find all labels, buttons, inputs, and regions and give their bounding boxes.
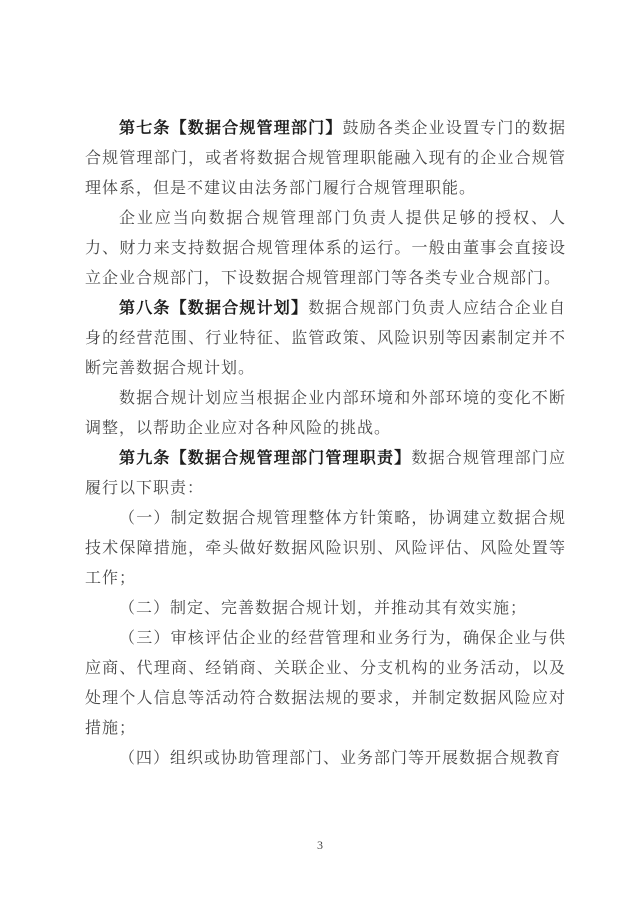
- paragraph-text: 数据合规计划应当根据企业内部环境和外部环境的变化不断调整，以帮助企业应对各种风险…: [85, 390, 566, 437]
- paragraph-article-9: 第九条【数据合规管理部门管理职责】数据合规管理部门应履行以下职责：: [85, 444, 566, 504]
- paragraph-article-8: 第八条【数据合规计划】数据合规部门负责人应结合企业自身的经营范围、行业特征、监管…: [85, 294, 566, 384]
- paragraph-item-1: （一）制定数据合规管理整体方针策略，协调建立数据合规技术保障措施，牵头做好数据风…: [85, 504, 566, 594]
- paragraph-item-2: （二）制定、完善数据合规计划，并推动其有效实施；: [85, 594, 566, 624]
- paragraph: 企业应当向数据合规管理部门负责人提供足够的授权、人力、财力来支持数据合规管理体系…: [85, 204, 566, 294]
- article-9-heading: 第九条【数据合规管理部门管理职责】: [119, 450, 411, 467]
- paragraph-article-7: 第七条【数据合规管理部门】鼓励各类企业设置专门的数据合规管理部门，或者将数据合规…: [85, 114, 566, 204]
- article-7-heading: 第七条【数据合规管理部门】: [119, 120, 343, 137]
- paragraph: 数据合规计划应当根据企业内部环境和外部环境的变化不断调整，以帮助企业应对各种风险…: [85, 384, 566, 444]
- paragraph-text: 企业应当向数据合规管理部门负责人提供足够的授权、人力、财力来支持数据合规管理体系…: [85, 210, 566, 287]
- document-body: 第七条【数据合规管理部门】鼓励各类企业设置专门的数据合规管理部门，或者将数据合规…: [85, 114, 566, 774]
- item-3-text: （三）审核评估企业的经营管理和业务行为，确保企业与供应商、代理商、经销商、关联企…: [85, 630, 566, 737]
- article-8-heading: 第八条【数据合规计划】: [119, 300, 308, 317]
- item-1-text: （一）制定数据合规管理整体方针策略，协调建立数据合规技术保障措施，牵头做好数据风…: [85, 510, 566, 587]
- paragraph-item-4: （四）组织或协助管理部门、业务部门等开展数据合规教育: [85, 744, 566, 774]
- page-number: 3: [0, 838, 640, 853]
- paragraph-item-3: （三）审核评估企业的经营管理和业务行为，确保企业与供应商、代理商、经销商、关联企…: [85, 624, 566, 744]
- document-page: 第七条【数据合规管理部门】鼓励各类企业设置专门的数据合规管理部门，或者将数据合规…: [0, 0, 640, 905]
- item-2-text: （二）制定、完善数据合规计划，并推动其有效实施；: [119, 600, 527, 617]
- item-4-text: （四）组织或协助管理部门、业务部门等开展数据合规教育: [119, 750, 561, 767]
